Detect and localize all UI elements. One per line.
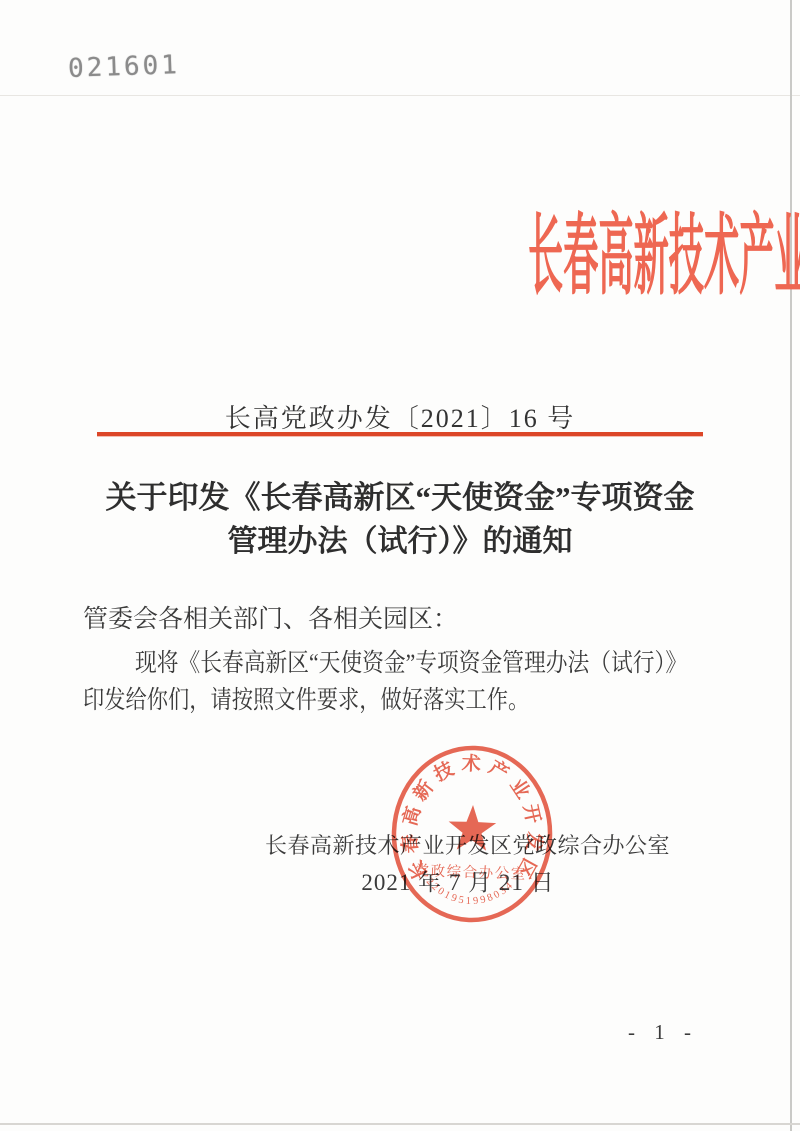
salutation: 管委会各相关部门、各相关园区： [83, 599, 458, 635]
letterhead: 长春高新技术产业开发区党政综合办公室文件 [0, 212, 800, 304]
notice-title-line1: 关于印发《长春高新区“天使资金”专项资金 [0, 472, 800, 517]
notice-title-line2: 管理办法（试行）》的通知 [0, 516, 800, 560]
body-text-line2: 印发给你们，请按照文件要求，做好落实工作。 [83, 680, 529, 716]
scan-edge-right [790, 0, 792, 1131]
red-separator-rule [97, 432, 703, 436]
letterhead-title: 长春高新技术产业开发区党政综合办公室文件 [528, 212, 800, 304]
document-page: 021601 长春高新技术产业开发区党政综合办公室文件 长高党政办发〔2021〕… [0, 0, 800, 1131]
seal-star-icon [448, 804, 497, 851]
body-text-line1: 现将《长春高新区“天使资金”专项资金管理办法（试行）》 [135, 643, 687, 679]
document-number: 长高党政办发〔2021〕16 号 [0, 398, 800, 435]
official-seal: 长春高新技术产业开发区 党政综合办公室 2201951998034 [385, 739, 559, 929]
scan-edge-top [0, 95, 800, 96]
page-number: - 1 - [628, 1020, 698, 1045]
serial-stamp-number: 021601 [68, 50, 181, 84]
scan-edge-bottom [0, 1123, 800, 1125]
